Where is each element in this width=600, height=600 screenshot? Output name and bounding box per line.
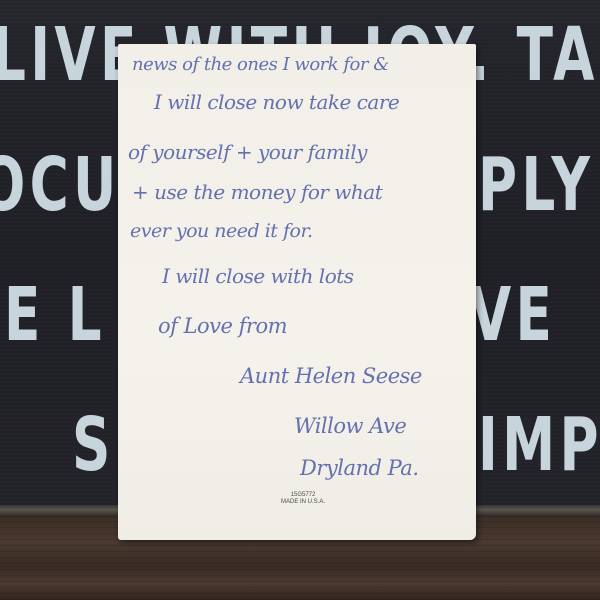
handwriting-address-street: Willow Ave — [294, 414, 406, 438]
sign-line-3-left: E L — [4, 278, 106, 352]
handwriting-line-3: of yourself + your family — [128, 140, 367, 164]
imprint-origin: MADE IN U.S.A. — [273, 499, 333, 506]
handwriting-line-1: news of the ones I work for & — [132, 54, 389, 75]
sign-line-4-right: IMP — [478, 408, 600, 482]
handwriting-line-2: I will close now take care — [154, 90, 399, 114]
handwriting-line-7: of Love from — [158, 314, 287, 338]
handwriting-signature-name: Aunt Helen Seese — [240, 364, 422, 388]
sign-line-2-left: OCU — [0, 148, 121, 222]
letter-card: news of the ones I work for & I will clo… — [118, 44, 476, 540]
sign-line-2-right: PLY — [478, 148, 594, 222]
handwriting-line-6: I will close with lots — [162, 264, 354, 288]
handwriting-line-4: + use the money for what — [132, 180, 382, 204]
handwriting-line-5: ever you need it for. — [130, 220, 312, 242]
imprint-code: 15G5772 — [273, 492, 333, 499]
sign-line-3-right: VE — [470, 278, 556, 352]
sign-line-4-left: S — [72, 408, 115, 482]
card-imprint: 15G5772 MADE IN U.S.A. — [273, 492, 333, 506]
handwriting-address-town: Dryland Pa. — [300, 456, 419, 480]
